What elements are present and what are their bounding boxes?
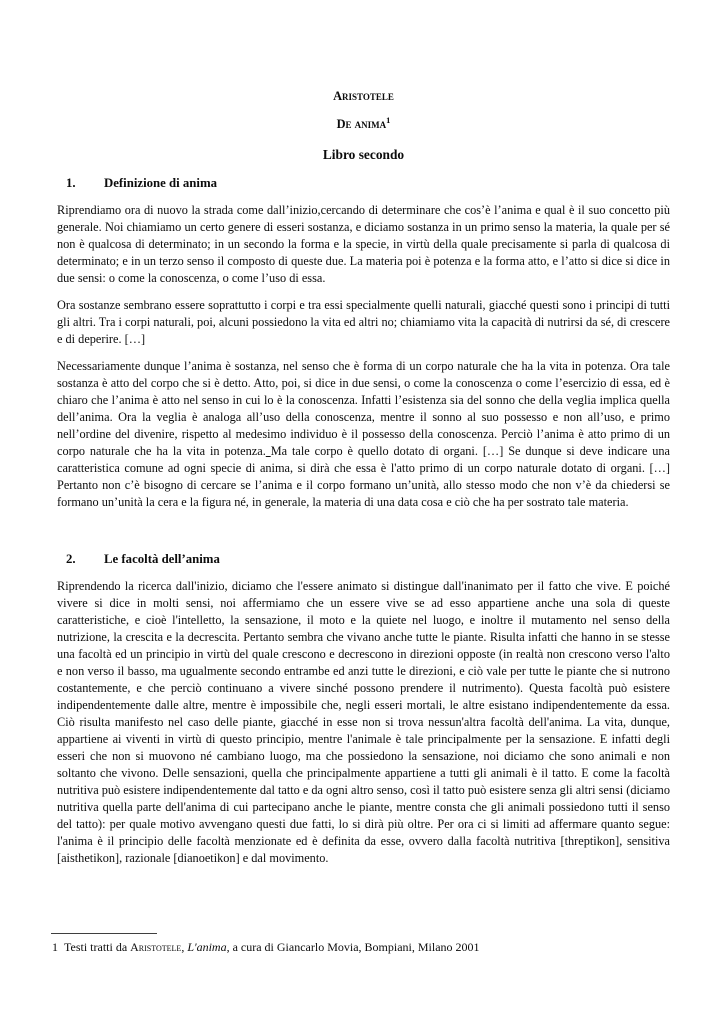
paragraph-1: Riprendiamo ora di nuovo la strada come … xyxy=(57,202,670,287)
section-2-heading: 2. Le facoltà dell’anima xyxy=(57,551,670,568)
footnote-work-title: L'anima xyxy=(187,940,226,954)
footnote-separator-rule xyxy=(51,933,157,934)
footnote-author-name: Aristotele xyxy=(130,940,181,954)
footnote-ref-superscript: 1 xyxy=(386,115,390,125)
footnote-text-tail: , a cura di Giancarlo Movia, Bompiani, M… xyxy=(227,940,480,954)
paragraph-3: Necessariamente dunque l’anima è sostanz… xyxy=(57,358,670,511)
paragraph-2: Ora sostanze sembrano essere soprattutto… xyxy=(57,297,670,348)
section-1-title: Definizione di anima xyxy=(104,175,217,192)
work-title: De anima1 xyxy=(57,116,670,133)
footnote: 1 Testi tratti da Aristotele, L'anima, a… xyxy=(51,939,670,955)
book-subtitle: Libro secondo xyxy=(57,145,670,165)
document-page: Aristotele De anima1 Libro secondo 1. De… xyxy=(0,0,724,1024)
footnote-number: 1 xyxy=(51,939,64,955)
section-2-number: 2. xyxy=(66,551,104,568)
footnote-area: 1 Testi tratti da Aristotele, L'anima, a… xyxy=(51,933,670,955)
work-title-text: De anima xyxy=(337,117,387,131)
section-1-number: 1. xyxy=(66,175,104,192)
paragraph-4: Riprendendo la ricerca dall'inizio, dici… xyxy=(57,578,670,867)
footnote-text-lead: Testi tratti da xyxy=(64,940,130,954)
author-title: Aristotele xyxy=(57,88,670,105)
section-2-title: Le facoltà dell’anima xyxy=(104,551,220,568)
section-1-heading: 1. Definizione di anima xyxy=(57,175,670,192)
footnote-text: Testi tratti da Aristotele, L'anima, a c… xyxy=(64,939,670,955)
